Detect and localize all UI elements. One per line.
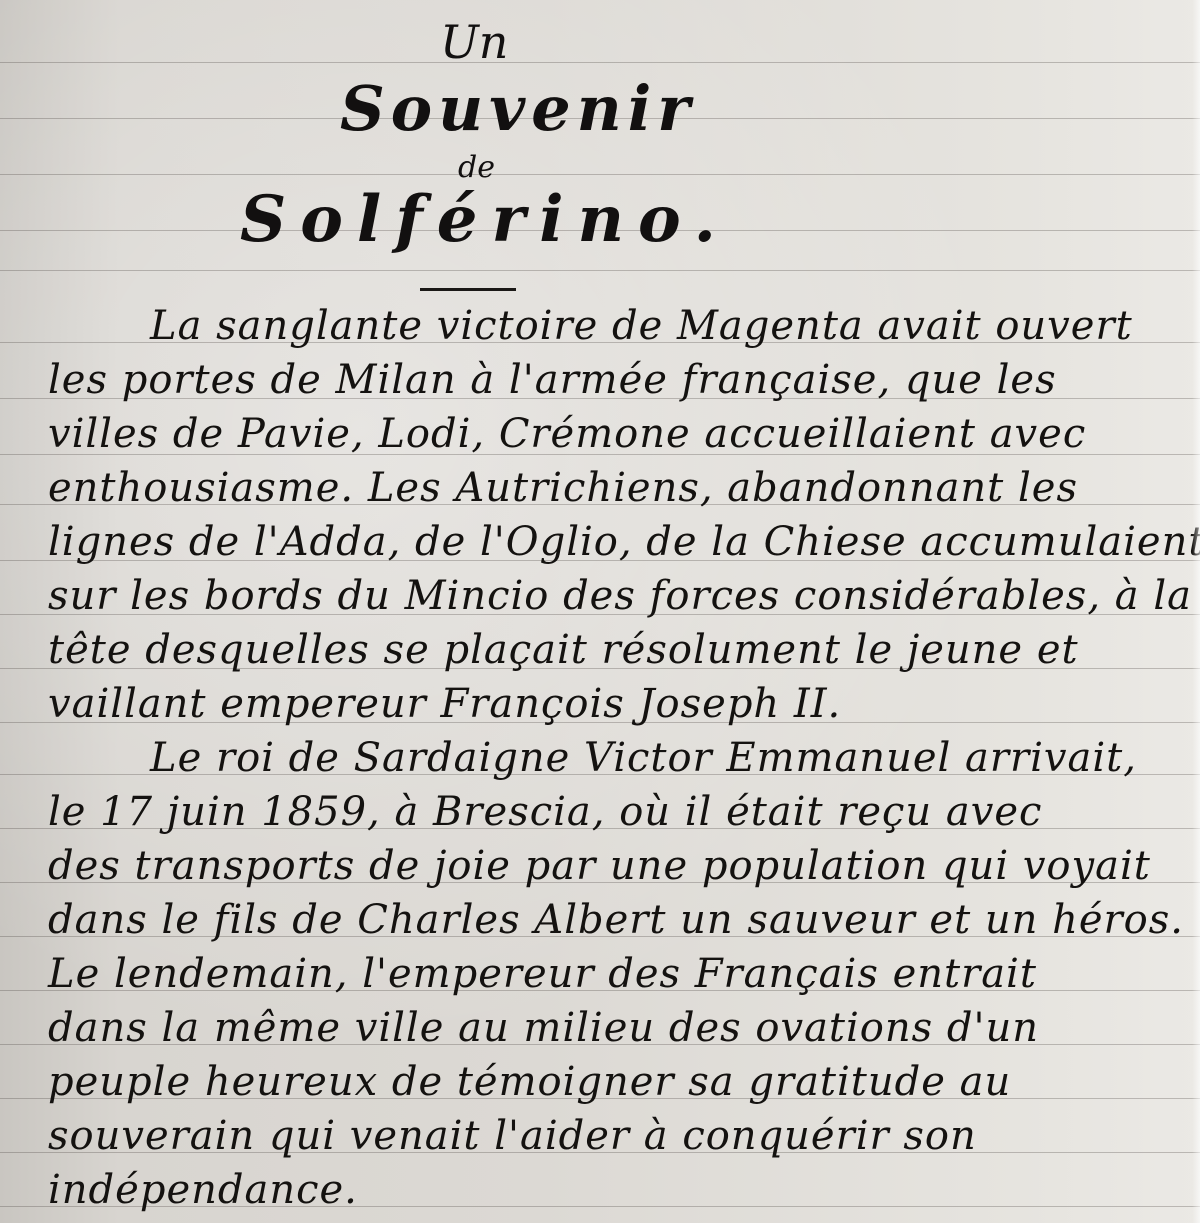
text-line: peuple heureux de témoigner sa gratitude… (48, 1058, 1011, 1106)
text-line: lignes de l'Adda, de l'Oglio, de la Chie… (48, 518, 1200, 566)
text-line: La sanglante victoire de Magenta avait o… (150, 302, 1133, 350)
text-line: dans le fils de Charles Albert un sauveu… (48, 896, 1184, 944)
text-line: sur les bords du Mincio des forces consi… (48, 572, 1192, 620)
ruled-line (0, 174, 1200, 175)
text-line: souverain qui venait l'aider à conquérir… (48, 1112, 977, 1160)
manuscript-page: Un Souvenir de Solférino. La sanglante v… (0, 0, 1200, 1223)
text-line: Le roi de Sardaigne Victor Emmanuel arri… (150, 734, 1137, 782)
text-line: Le lendemain, l'empereur des Français en… (48, 950, 1037, 998)
text-line: les portes de Milan à l'armée française,… (48, 356, 1057, 404)
title-line-souvenir: Souvenir (340, 72, 696, 145)
title-line-solferino: Solférino. (240, 182, 730, 257)
page-edge (1192, 0, 1200, 1223)
text-line: le 17 juin 1859, à Brescia, où il était … (48, 788, 1042, 836)
text-line: villes de Pavie, Lodi, Crémone accueilla… (48, 410, 1086, 458)
text-line: vaillant empereur François Joseph II. (48, 680, 841, 728)
text-line: dans la même ville au milieu des ovation… (48, 1004, 1039, 1052)
text-line: des transports de joie par une populatio… (48, 842, 1151, 890)
title-line-un: Un (440, 15, 508, 69)
text-line: enthousiasme. Les Autrichiens, abandonna… (48, 464, 1078, 512)
title-divider (420, 288, 516, 291)
ruled-line (0, 62, 1200, 63)
text-line: tête desquelles se plaçait résolument le… (48, 626, 1079, 674)
text-line: indépendance. (48, 1166, 358, 1214)
ruled-line (0, 270, 1200, 271)
title-line-de: de (458, 150, 495, 185)
